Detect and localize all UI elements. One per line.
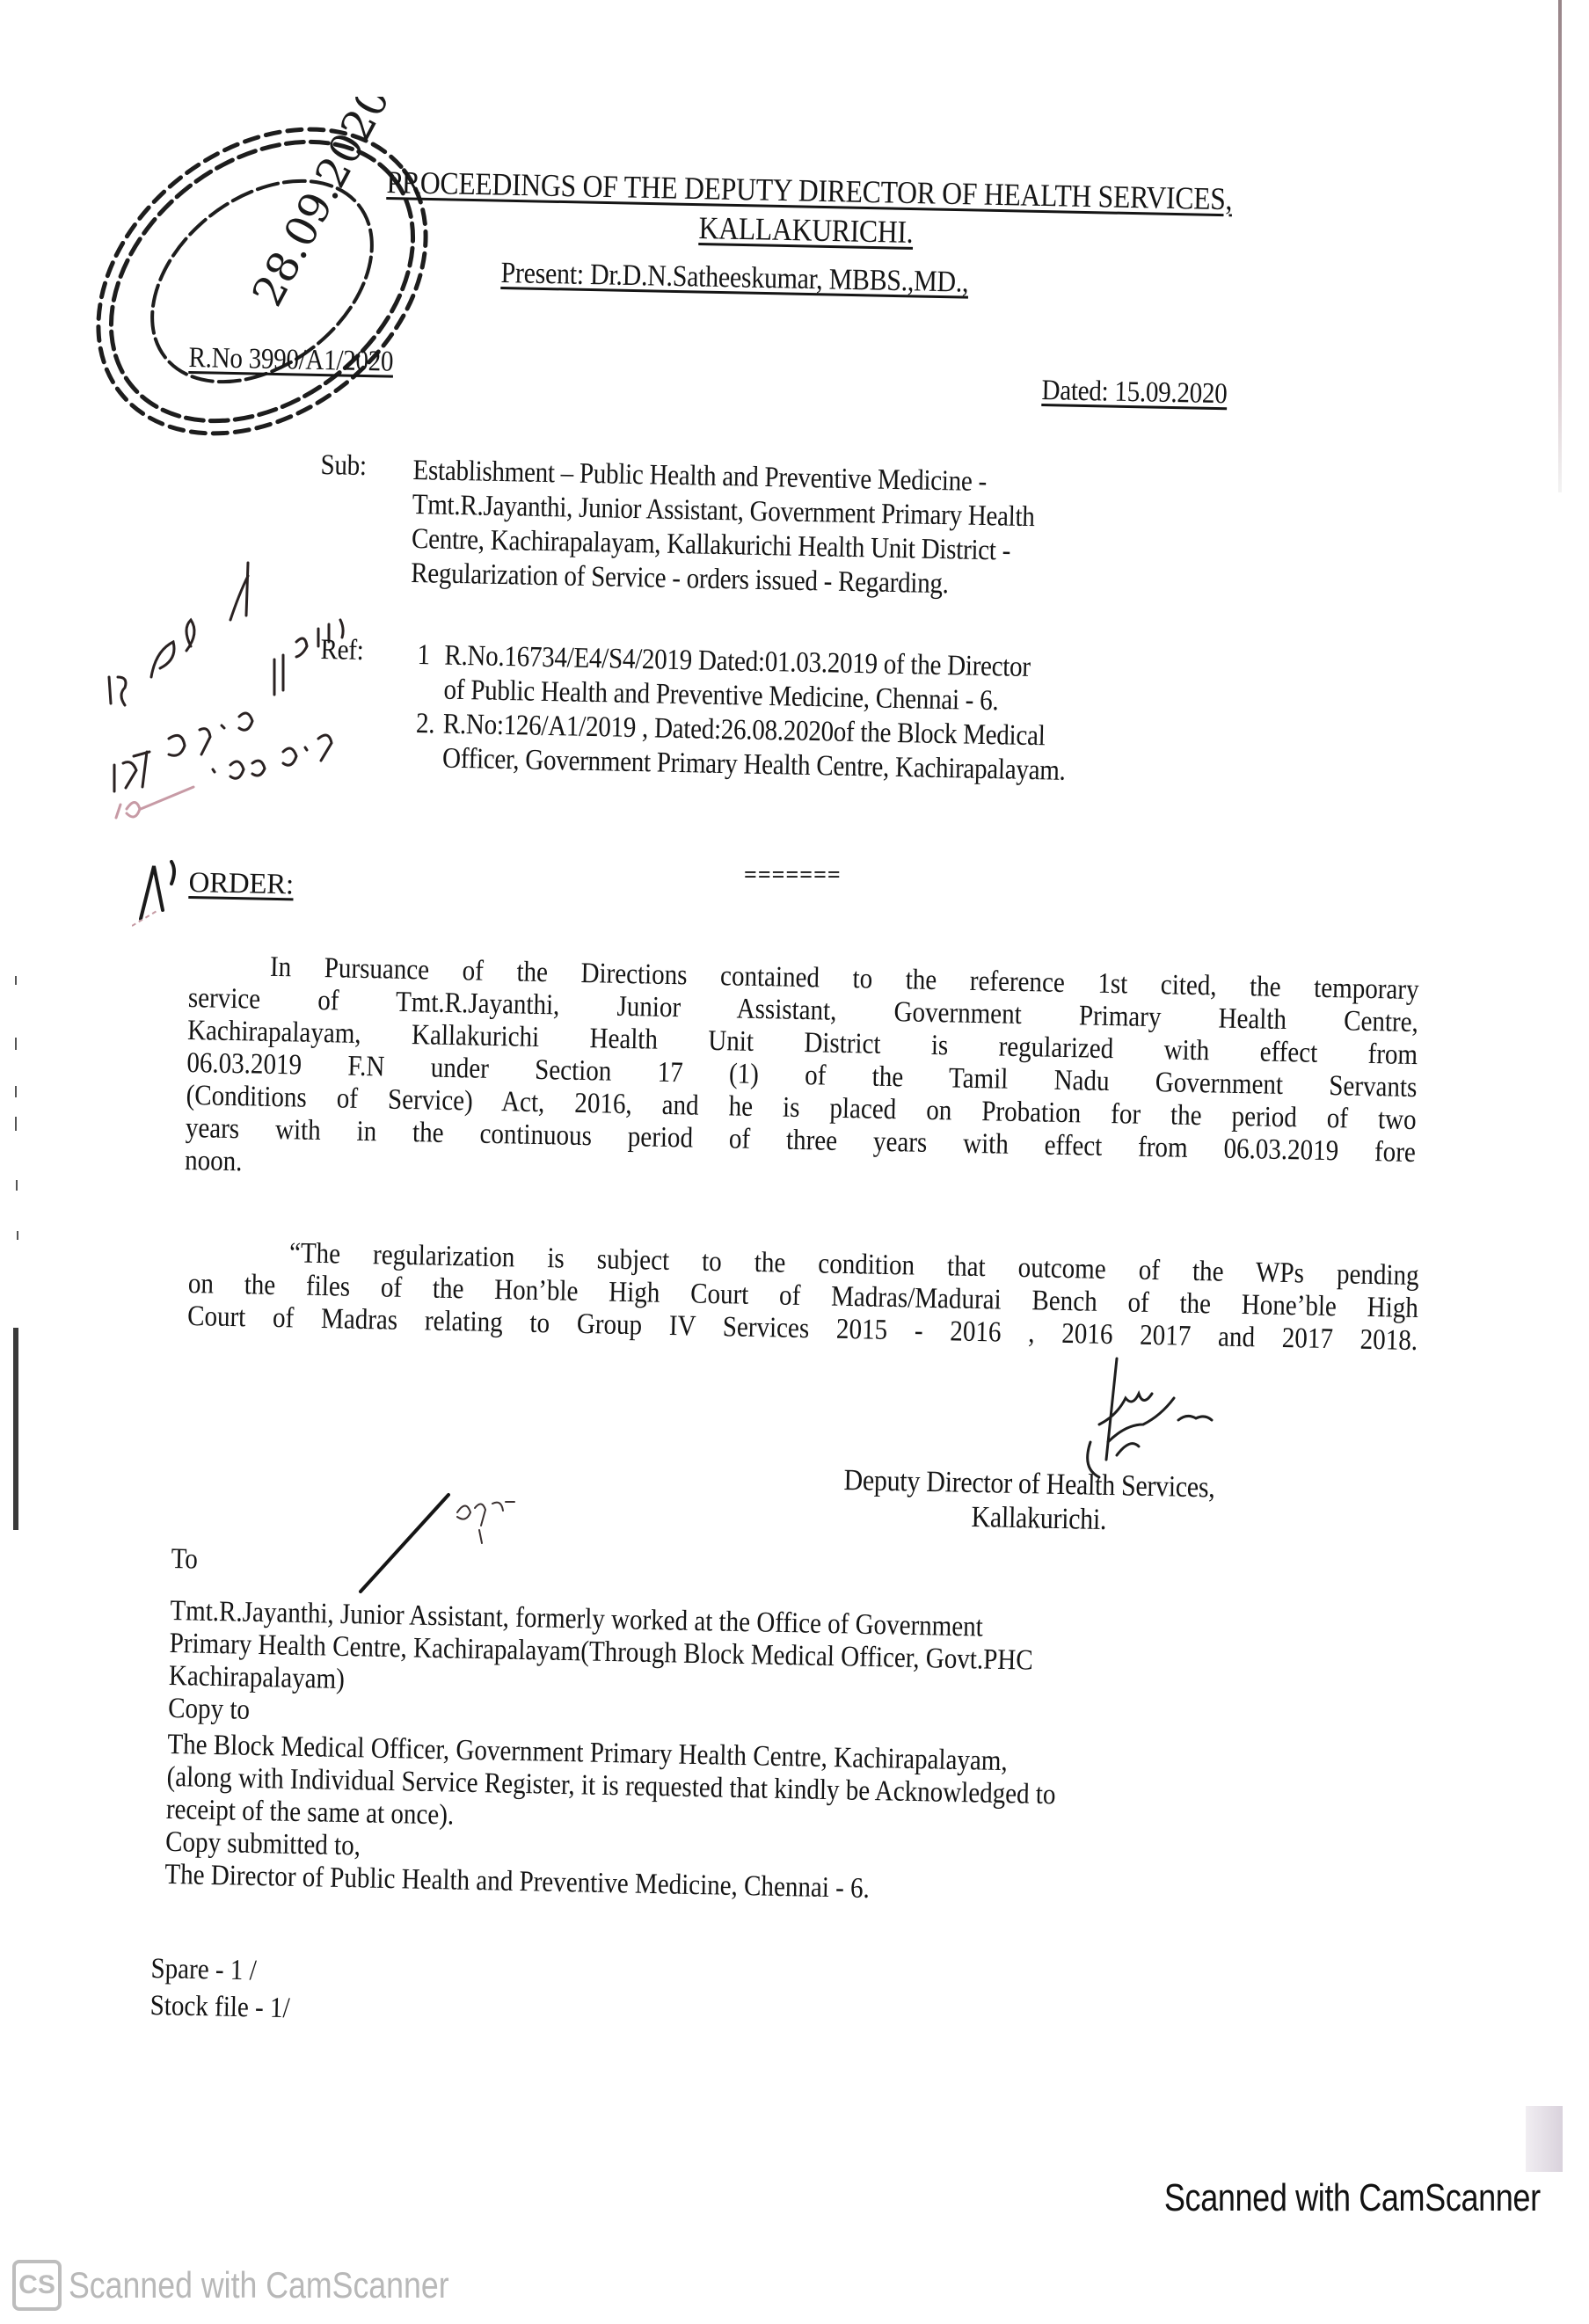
reference-list: 1R.No.16734/E4/S4/2019 Dated:01.03.2019 … [415,638,1156,790]
camscanner-logo-icon: CS [12,2260,62,2311]
file-copies: Spare - 1 / Stock file - 1/ [149,1950,310,2028]
order-paragraph-1: In Pursuance of the Directions contained… [185,950,1420,1202]
order-heading: ORDER: [188,866,294,901]
reference-label: Ref: [320,633,369,667]
stock-file-copy: Stock file - 1/ [149,1987,290,2027]
scan-left-edge-mark [13,1328,18,1530]
order-separator: ======= [744,862,842,888]
signature-deputy-director [1064,1354,1257,1486]
proceedings-title: PROCEEDINGS OF THE DEPUTY DIRECTOR OF HE… [386,165,1348,218]
order-date: Dated: 15.09.2020 [1041,374,1252,412]
handwritten-inward-note [98,545,389,827]
subject-label: Sub: [320,448,373,483]
scanned-document-page: 28.09.2020 PROCEEDINGS OF THE DEPUTY DIR… [0,0,1589,2324]
present-officer: Present: Dr.D.N.Satheeskumar, MBBS.,MD., [500,257,1032,301]
signatory-city: Kallakurichi. [971,1501,1125,1537]
distribution-block: To Tmt.R.Jayanthi, Junior Assistant, for… [164,1543,1182,1912]
camscanner-watermark-right: Scanned with CamScanner [1082,2176,1541,2220]
camscanner-watermark-left: CS Scanned with CamScanner [12,2260,516,2311]
office-receipt-stamp: 28.09.2020 [77,97,447,466]
spare-copy: Spare - 1 / [150,1950,291,1990]
scan-corner-shade [1526,2106,1563,2172]
camscanner-watermark-text: Scanned with CamScanner [69,2264,449,2306]
scan-edge-shadow [1558,0,1562,492]
reference-number: R.No 3990/A1/2020 [188,341,421,379]
subject-text: Establishment – Public Health and Preven… [411,454,1120,605]
scan-left-tick-marks [13,976,31,1257]
proceedings-city: KALLAKURICHI. [698,211,943,250]
order-paragraph-2: “The regularization is subject to the co… [187,1235,1420,1358]
